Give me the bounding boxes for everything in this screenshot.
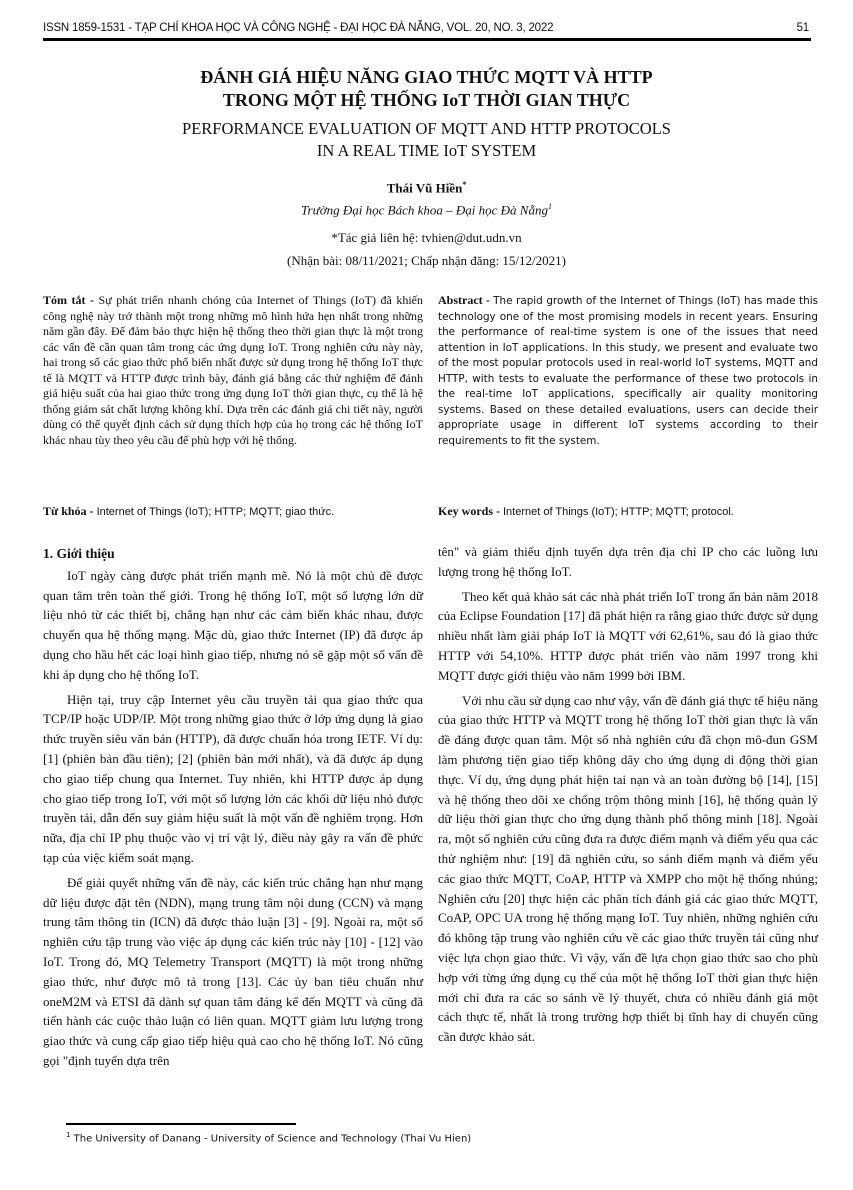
page-number: 51	[797, 22, 809, 34]
title-vietnamese: ĐÁNH GIÁ HIỆU NĂNG GIAO THỨC MQTT VÀ HTT…	[0, 66, 853, 112]
body-right-column: tên" và giảm thiểu định tuyến dựa trên đ…	[438, 542, 818, 1052]
title-english: PERFORMANCE EVALUATION OF MQTT AND HTTP …	[0, 118, 853, 162]
title-en-line-1: PERFORMANCE EVALUATION OF MQTT AND HTTP …	[0, 118, 853, 140]
title-vn-line-2: TRONG MỘT HỆ THỐNG IoT THỜI GIAN THỰC	[0, 89, 853, 112]
author-name: Thái Vũ Hiền*	[0, 180, 853, 196]
body-paragraph-continuation: tên" và giảm thiểu định tuyến dựa trên đ…	[438, 542, 818, 582]
author-name-text: Thái Vũ Hiền	[387, 180, 463, 195]
footnote-divider	[66, 1123, 296, 1125]
submission-dates: (Nhận bài: 08/11/2021; Chấp nhận đăng: 1…	[0, 253, 853, 269]
abstract-en-text: The rapid growth of the Internet of Thin…	[438, 295, 818, 447]
corresponding-mark: *	[462, 180, 466, 189]
keywords-vn-text: Internet of Things (IoT); HTTP; MQTT; gi…	[97, 506, 335, 518]
abstract-en-label: Abstract -	[438, 293, 493, 307]
affiliation-mark: 1	[548, 202, 552, 211]
abstract-english: Abstract - The rapid growth of the Inter…	[438, 293, 818, 449]
keywords-vn-label: Từ khóa -	[43, 504, 97, 518]
abstract-vn-text: Sự phát triển nhanh chóng của Internet o…	[43, 293, 423, 447]
footnote: 1 The University of Danang - University …	[66, 1131, 471, 1144]
abstract-vietnamese: Tóm tắt - Sự phát triển nhanh chóng của …	[43, 293, 423, 448]
keywords-en-text: Internet of Things (IoT); HTTP; MQTT; pr…	[503, 506, 734, 518]
body-paragraph: Để giải quyết những vấn đề này, các kiến…	[43, 873, 423, 1071]
body-paragraph: IoT ngày càng được phát triển mạnh mẽ. N…	[43, 566, 423, 685]
section-heading: 1. Giới thiệu	[43, 544, 423, 564]
affiliation: Trường Đại học Bách khoa – Đại học Đà Nẵ…	[0, 202, 853, 218]
keywords-vietnamese: Từ khóa - Internet of Things (IoT); HTTP…	[43, 504, 334, 519]
keywords-en-label: Key words -	[438, 504, 503, 518]
journal-info: ISSN 1859-1531 - TẠP CHÍ KHOA HỌC VÀ CÔN…	[43, 22, 553, 34]
contact-email: *Tác giả liên hệ: tvhien@dut.udn.vn	[0, 230, 853, 246]
affiliation-text: Trường Đại học Bách khoa – Đại học Đà Nẵ…	[301, 202, 548, 217]
body-paragraph: Hiện tại, truy cập Internet yêu cầu truy…	[43, 690, 423, 868]
body-paragraph: Với nhu cầu sử dụng cao như vậy, vấn đề …	[438, 691, 818, 1047]
keywords-english: Key words - Internet of Things (IoT); HT…	[438, 504, 734, 519]
abstract-vn-label: Tóm tắt -	[43, 293, 99, 307]
footnote-text: The University of Danang - University of…	[70, 1133, 471, 1144]
body-left-column: 1. Giới thiệu IoT ngày càng được phát tr…	[43, 544, 423, 1076]
body-paragraph: Theo kết quả khảo sát các nhà phát triển…	[438, 587, 818, 686]
title-vn-line-1: ĐÁNH GIÁ HIỆU NĂNG GIAO THỨC MQTT VÀ HTT…	[0, 66, 853, 89]
title-en-line-2: IN A REAL TIME IoT SYSTEM	[0, 140, 853, 162]
running-header: ISSN 1859-1531 - TẠP CHÍ KHOA HỌC VÀ CÔN…	[43, 22, 811, 41]
